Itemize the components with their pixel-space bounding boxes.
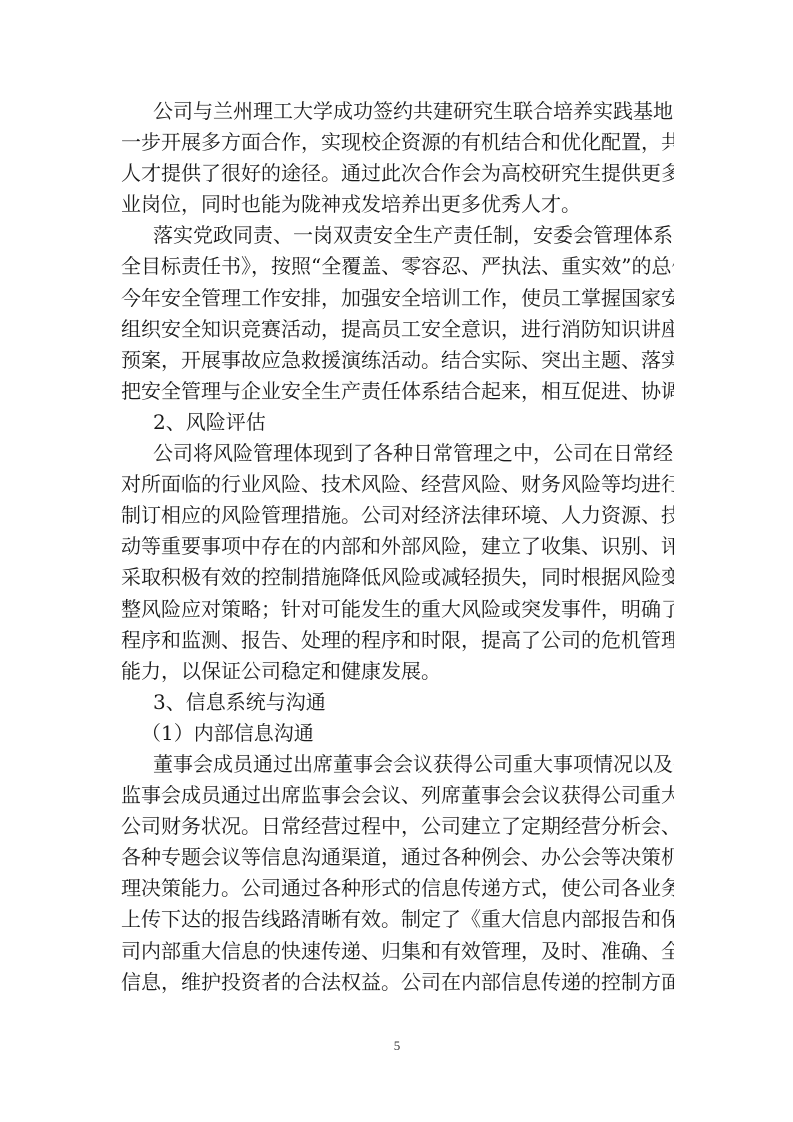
text-line: 信息，维护投资者的合法权益。公司在内部信息传递的控制方面没有重大漏洞。 bbox=[121, 967, 674, 998]
text-line: 动等重要事项中存在的内部和外部风险，建立了收集、识别、评估分析机制，并 bbox=[121, 531, 674, 562]
paragraph-safety-responsibility: 落实党政同责、一岗双责安全生产责任制，安委会管理体系自上而下签订《安 全目标责任… bbox=[121, 220, 674, 407]
text-line: 全目标责任书》，按照“全覆盖、零容忍、严执法、重实效”的总体要求，根据 bbox=[121, 251, 674, 282]
text-line: 对所面临的行业风险、技术风险、经营风险、财务风险等均进行充分的评估，并 bbox=[121, 469, 674, 500]
section-heading-information-communication: 3、信息系统与沟通 bbox=[121, 687, 674, 718]
text-line: 业岗位，同时也能为陇神戎发培养出更多优秀人才。 bbox=[121, 189, 674, 220]
text-line: 公司财务状况。日常经营过程中，公司建立了定期经营分析会、总经理工作会议、 bbox=[121, 811, 674, 842]
paragraph-internal-communication: 董事会成员通过出席董事会会议获得公司重大事项情况以及公司财务状况。 监事会成员通… bbox=[121, 749, 674, 998]
text-line: 公司将风险管理体现到了各种日常管理之中，公司在日常经营管理过程中， bbox=[121, 438, 674, 469]
text-line: 上传下达的报告线路清晰有效。制定了《重大信息内部报告和保密制度》保证公 bbox=[121, 904, 674, 935]
text-line: 监事会成员通过出席监事会会议、列席董事会会议获得公司重大事项情况，包括 bbox=[121, 780, 674, 811]
text-line: 理决策能力。公司通过各种形式的信息传递方式，使公司各业务部门和职能部门 bbox=[121, 873, 674, 904]
paragraph-university-cooperation: 公司与兰州理工大学成功签约共建研究生联合培养实践基地，为校企双方进 一步开展多方… bbox=[121, 96, 674, 220]
text-line: 组织安全知识竞赛活动，提高员工安全意识，进行消防知识讲座，按照事故应急 bbox=[121, 314, 674, 345]
text-line: 一步开展多方面合作，实现校企资源的有机结合和优化配置，共同培养社会所需 bbox=[121, 127, 674, 158]
text-line: 程序和监测、报告、处理的程序和时限，提高了公司的危机管理控制和应急处理 bbox=[121, 625, 674, 656]
text-line: 把安全管理与企业安全生产责任体系结合起来，相互促进、协调发展。 bbox=[121, 376, 674, 407]
section-heading-risk-assessment: 2、风险评估 bbox=[121, 407, 674, 438]
page-number: 5 bbox=[390, 1038, 404, 1054]
text-line: 采取积极有效的控制措施降低风险或减轻损失，同时根据风险变化情况，及时调 bbox=[121, 562, 674, 593]
text-line: 各种专题会议等信息沟通渠道，通过各种例会、办公会等决策机制，不断提高管 bbox=[121, 842, 674, 873]
document-page: 公司与兰州理工大学成功签约共建研究生联合培养实践基地，为校企双方进 一步开展多方… bbox=[0, 0, 793, 1122]
text-line: 整风险应对策略；针对可能发生的重大风险或突发事件，明确了部门责任、工作 bbox=[121, 594, 674, 625]
text-line: 司内部重大信息的快速传递、归集和有效管理，及时、准确、全面、完整地披露 bbox=[121, 936, 674, 967]
text-line: 今年安全管理工作安排，加强安全培训工作，使员工掌握国家安全法律法规，并 bbox=[121, 283, 674, 314]
text-line: 预案，开展事故应急救援演练活动。结合实际、突出主题、落实责任、注重实效， bbox=[121, 345, 674, 376]
text-line: 落实党政同责、一岗双责安全生产责任制，安委会管理体系自上而下签订《安 bbox=[121, 220, 674, 251]
text-line: 制订相应的风险管理措施。公司对经济法律环境、人力资源、技术创新、财务活 bbox=[121, 500, 674, 531]
text-line: 公司与兰州理工大学成功签约共建研究生联合培养实践基地，为校企双方进 bbox=[121, 96, 674, 127]
document-body: 公司与兰州理工大学成功签约共建研究生联合培养实践基地，为校企双方进 一步开展多方… bbox=[121, 96, 674, 998]
text-line: 董事会成员通过出席董事会会议获得公司重大事项情况以及公司财务状况。 bbox=[121, 749, 674, 780]
text-line: 能力，以保证公司稳定和健康发展。 bbox=[121, 656, 674, 687]
subsection-heading-internal-communication: （1）内部信息沟通 bbox=[121, 718, 674, 749]
text-line: 人才提供了很好的途径。通过此次合作会为高校研究生提供更多的实践机会和就 bbox=[121, 158, 674, 189]
paragraph-risk-management: 公司将风险管理体现到了各种日常管理之中，公司在日常经营管理过程中， 对所面临的行… bbox=[121, 438, 674, 687]
